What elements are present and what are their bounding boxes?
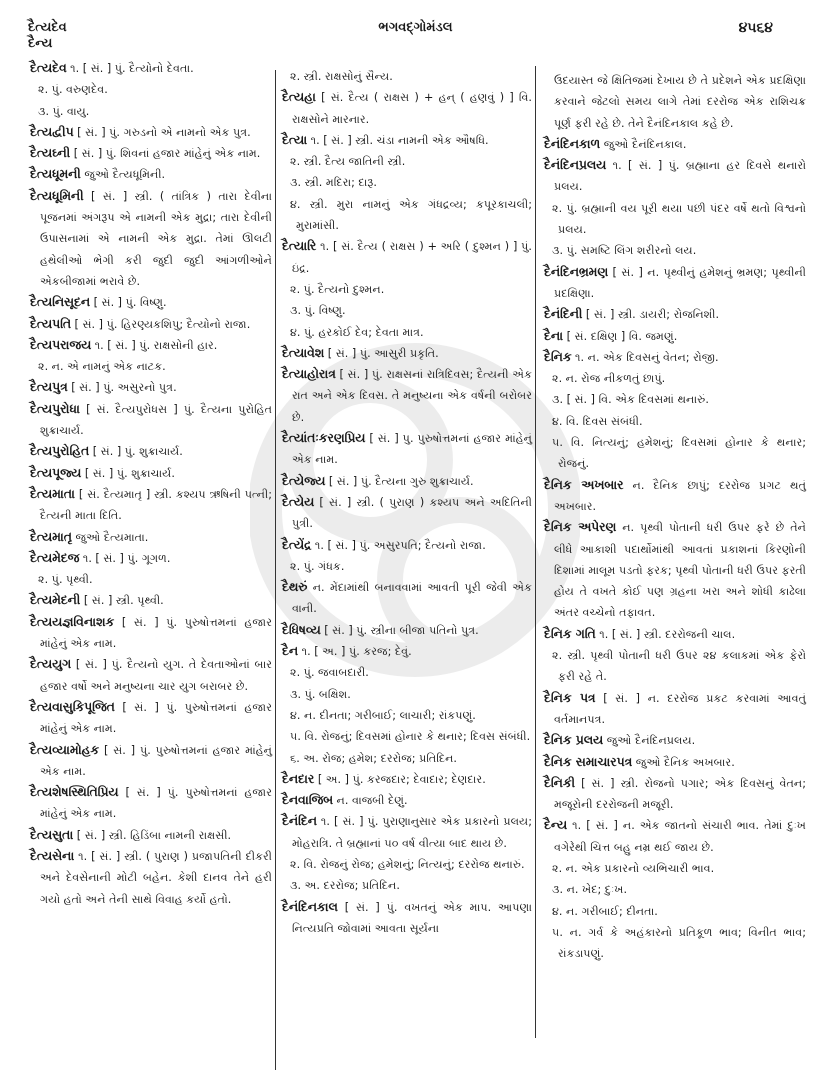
entry-sense: ૪. ન. દીનતા; ગરીબાઈ; લાચારી; રાંકપણું.: [282, 705, 532, 726]
entry-sense: ૩. પું. બક્ષિશ.: [282, 684, 532, 705]
dictionary-entry: દૈત્યવ્યામોહક [ સં. ] પું. પુરુષોત્તમનાં…: [30, 740, 272, 783]
dictionary-entry: દૈત્યહા [ સં. દૈત્ય ( રાક્ષસ ) + હન્ ( હ…: [282, 87, 532, 130]
dictionary-entry: દૈધિષવ્ય [ સં. ] પું. સ્ત્રીના બીજા પતિન…: [282, 620, 532, 641]
column-divider: [275, 70, 276, 1070]
definition-text: જુઓ દૈત્યમાતા.: [72, 531, 148, 544]
entry-sense: ૪. સ્ત્રી. મુરા નામનું એક ગંધદ્રવ્ય; કપૂ…: [282, 194, 532, 237]
definition-text: ૨. ન. એ નામનું એક નાટક.: [38, 360, 166, 373]
definition-text: જુઓ દૈનંદિનકાલ.: [600, 138, 686, 151]
headword: દૈનંદિન: [282, 814, 317, 828]
dictionary-entry: દૈત્યનિસૂદન [ સં. ] પું. વિષ્ણુ.: [30, 292, 272, 313]
headword: દૈત્યહા: [282, 90, 316, 104]
headword: દૈત્યયજ્ઞવિનાશક: [30, 615, 114, 629]
entry-sense: ૨. પું. ગંધક.: [282, 556, 532, 577]
headword: દૈત્યપરાજય: [30, 338, 91, 352]
headword: દૈના: [544, 329, 563, 343]
definition-text: [ સં. ] પું. હિરણ્યકશિપુ; દૈત્યોનો રાજા.: [71, 318, 250, 331]
headword: દૈનંદિનપ્રલય: [544, 158, 606, 172]
dictionary-entry: દૈનંદિન ૧. [ સં. ] પું. પુરાણાનુસાર એક પ…: [282, 811, 532, 854]
definition-text: [ સં. ] પું. શુક્રાચાર્ય.: [81, 467, 175, 480]
definition-text: ૨. ન. એક પ્રકારનો વ્યભિચારી ભાવ.: [552, 862, 714, 875]
definition-text: ૨. પું. જવાબદારી.: [290, 666, 369, 679]
dictionary-entry: દૈનંદિનભ્રમણ [ સં. ] ન. પૃથ્વીનું હમેશનુ…: [544, 262, 806, 305]
headword: દૈનદાર: [282, 772, 314, 786]
definition-text: ૪. સ્ત્રી. મુરા નામનું એક ગંધદ્રવ્ય; કપૂ…: [290, 198, 532, 232]
entry-sense: ૬. અ. રોજ; હમેશ; દરરોજ; પ્રતિદિન.: [282, 748, 532, 769]
dictionary-entry: દૈનિક અપેરણ ન. પૃથ્વી પોતાની ધરી ઉપર ફરે…: [544, 517, 806, 623]
dictionary-entry: દૈનવાજિબ ન. વાજબી દેણું.: [282, 790, 532, 811]
dictionary-entry: દૈનંદિનકાળ જુઓ દૈનંદિનકાલ.: [544, 134, 806, 155]
entry-sense: ૨. વિ. રોજનું રોજ; હમેશનું; નિત્યનું; દર…: [282, 854, 532, 875]
definition-text: ૨. સ્ત્રી. પૃથ્વી પોતાની ધરી ઉપર ૨૪ કલાક…: [552, 649, 806, 683]
entry-sense: ૨. પું. જવાબદારી.: [282, 662, 532, 683]
dictionary-column-2: ૨. સ્ત્રી. રાક્ષસોનું સૈન્ય.દૈત્યહા [ સં…: [282, 66, 532, 939]
definition-text: ૨. ન. રોજ નીકળતું છાપું.: [552, 372, 665, 385]
headword: દૈત્યદેવ: [30, 61, 67, 75]
definition-text: [ સં. ] સ્ત્રી. પૃથ્વી.: [80, 594, 163, 607]
dictionary-entry: દૈત્યા ૧. [ સં. ] સ્ત્રી. ચંડા નામની એક …: [282, 130, 532, 151]
headword: દૈત્યયુગ: [30, 657, 71, 671]
headword: દૈત્યપુરોહિત: [30, 444, 89, 458]
headword: દૈનિક ગતિ: [544, 627, 596, 641]
dictionary-entry: દૈનિકી [ સં. ] સ્ત્રી. રોજનો પગાર; એક દિ…: [544, 773, 806, 816]
dictionary-entry: દૈનિક અખબાર ન. દૈનિક છાપું; દરરોજ પ્રગટ …: [544, 475, 806, 518]
definition-text: ૨. પું. બ્રહ્માની વય પૂરી થયા પછી પંદર વ…: [552, 202, 806, 236]
definition-text: [ સં. દક્ષિણ ] વિ. જમણું.: [563, 330, 677, 343]
headword: દૈનવાજિબ: [282, 793, 333, 807]
dictionary-entry: દૈનંદિનપ્રલય ૧. [ સં. ] પું. બ્રહ્માના હ…: [544, 155, 806, 198]
headword: દૈત્યેંદ્ર: [282, 538, 311, 552]
definition-text: ૧. [ સં. ] પું. અસુરપતિ; દૈત્યનો રાજા.: [311, 539, 485, 552]
definition-text: ૧. [ સં. ] પું. પુરાણાનુસાર એક પ્રકારનો …: [292, 815, 532, 849]
definition-text: ૧. [ સં. ] પું. ગૂગળ.: [79, 552, 170, 565]
definition-text: ૪. ન. દીનતા; ગરીબાઈ; લાચારી; રાંકપણું.: [290, 709, 476, 722]
dictionary-entry: દૈત્યસેના ૧. [ સં. ] સ્ત્રી. ( પુરાણ ) પ…: [30, 846, 272, 910]
dictionary-entry: દૈત્યપૂજ્ય [ સં. ] પું. શુક્રાચાર્ય.: [30, 463, 272, 484]
dictionary-entry: દૈત્યઘ્ની [ સં. ] પું. શિવનાં હજાર માંહે…: [30, 143, 272, 164]
dictionary-entry: દૈત્યાવેશ [ સં. ] પું. આસુરી પ્રકૃતિ.: [282, 343, 532, 364]
headword: દૈત્યમાતૃ: [30, 530, 72, 544]
dictionary-entry: દૈત્યાહોરાત્ર [ સં. ] પું. રાક્ષસનાં રાત…: [282, 364, 532, 428]
dictionary-entry: દૈત્યપુરોધા [ સં. દૈત્યપુરોધસ ] પું. દૈત…: [30, 399, 272, 442]
definition-text: જુઓ દૈનિક અખબાર.: [632, 756, 735, 769]
definition-text: ૧. [ સં. ] ન. એક જાતનો સંચારી ભાવ. તેમાં…: [554, 819, 806, 853]
dictionary-entry: દૈત્યેજ્ય [ સં. ] પું. દૈત્યના ગુરુ શુક્…: [282, 471, 532, 492]
column-divider: [535, 66, 536, 1038]
entry-sense: ૨. ન. એક પ્રકારનો વ્યભિચારી ભાવ.: [544, 858, 806, 879]
dictionary-entry: દૈત્યધૂમિની [ સં. ] સ્ત્રી. ( તાંત્રિક )…: [30, 186, 272, 292]
definition-text: ન. વાજબી દેણું.: [333, 794, 408, 807]
book-title: ભગવદ્ગોમંડલ: [28, 20, 803, 35]
dictionary-entry: દૈન ૧. [ અ. ] પું. કરજ; દેવું.: [282, 641, 532, 662]
headword: દૈનિકી: [544, 776, 575, 790]
entry-sense: ૨. પું. પૃથ્વી.: [30, 569, 272, 590]
dictionary-entry: દૈનિક ૧. ન. એક દિવસનું વેતન; રોજી.: [544, 347, 806, 368]
definition-text: ૫. ન. ગર્વ કે અહંકારનો પ્રતિકૂળ ભાવ; વિન…: [552, 926, 806, 960]
entry-sense: ૩. પું. વાયુ.: [30, 101, 272, 122]
headword: દૈત્યમાતા: [30, 487, 75, 501]
headword: દૈત્યાંતઃકરણપ્રિય: [282, 431, 365, 445]
headword: દૈન્ય: [544, 818, 567, 832]
definition-text: [ સં. ] સ્ત્રી. ( તાંત્રિક ) તારા દેવીના…: [40, 190, 272, 288]
headword: દૈનંદિનભ્રમણ: [544, 265, 608, 279]
definition-text: ૧. [ સં. ] પું. દૈત્યોનો દેવતા.: [67, 62, 194, 75]
dictionary-entry: દૈત્યપુરોહિત [ સં. ] પું. શુક્રાચાર્ય.: [30, 441, 272, 462]
definition-text: ૩. [ સં. ] વિ. એક દિવસમાં થનારું.: [552, 393, 709, 406]
definition-text: ૧. [ સં. ] સ્ત્રી. દરરોજની ચાલ.: [596, 628, 736, 641]
definition-text: ૧. [ સં. ] સ્ત્રી. ચંડા નામની એક ઔષધિ.: [307, 134, 489, 147]
definition-text: [ સં. ] સ્ત્રી. રોજનો પગાર; એક દિવસનું વ…: [554, 777, 806, 811]
headword: દૈત્યઘ્ની: [30, 146, 70, 160]
definition-text: [ સં. ] પું. દૈત્યનો યુગ. તે દેવતાઓનાં બ…: [40, 658, 272, 692]
entry-sense: ૨. ન. રોજ નીકળતું છાપું.: [544, 368, 806, 389]
definition-text: ૧. ન. એક દિવસનું વેતન; રોજી.: [572, 351, 719, 364]
dictionary-entry: દૈનિક પ્રલય જુઓ દૈનંદિનપ્રલય.: [544, 730, 806, 751]
entry-sense: ૫. વિ. રોજનું; દિવસમાં હોનાર કે થનાર; દિ…: [282, 726, 532, 747]
headword: દૈત્યપૂજ્ય: [30, 466, 81, 480]
page-header: દૈત્યદેવ દૈન્ય ભગવદ્ગોમંડલ ૪૫૬૪: [28, 20, 803, 54]
definition-text: [ સં. ] પું. શુક્રાચાર્ય.: [89, 445, 183, 458]
guide-word-last: દૈન્ય: [28, 36, 67, 52]
headword: દૈત્યમેદની: [30, 593, 80, 607]
dictionary-entry: દૈત્યમેદજ ૧. [ સં. ] પું. ગૂગળ.: [30, 548, 272, 569]
definition-text: ૨. વિ. રોજનું રોજ; હમેશનું; નિત્યનું; દર…: [290, 858, 525, 871]
dictionary-entry: દૈત્યપતિ [ સં. ] પું. હિરણ્યકશિપુ; દૈત્ય…: [30, 314, 272, 335]
definition-text: ૩. પું. સમષ્ટિ લિંગ શરીરનો લય.: [552, 244, 696, 257]
definition-text: જુઓ દૈનંદિનપ્રલય.: [603, 734, 695, 747]
entry-sense: ૨. પું. બ્રહ્માની વય પૂરી થયા પછી પંદર વ…: [544, 198, 806, 241]
dictionary-entry: દૈન્ય ૧. [ સં. ] ન. એક જાતનો સંચારી ભાવ.…: [544, 815, 806, 858]
headword: દૈત્યાવેશ: [282, 346, 324, 360]
definition-text: [ સં. ] પું. શિવનાં હજાર માંહેનું એક નામ…: [70, 147, 260, 160]
dictionary-entry: દૈનદાર [ અ. ] પું. કરજદાર; દેવાદાર; દેણદ…: [282, 769, 532, 790]
headword: દૈત્યપુરોધા: [30, 402, 80, 416]
definition-text: ૨. પું. વરુણદેવ.: [38, 83, 108, 96]
definition-text: ૧. [ સં. ] સ્ત્રી. ( પુરાણ ) પ્રજાપતિની …: [40, 850, 272, 906]
entry-sense: ૩. અ. દરરોજ; પ્રતિદિન.: [282, 875, 532, 896]
entry-sense: ૩. પું. વિષ્ણુ.: [282, 300, 532, 321]
definition-text: ૨. પું. દૈત્યનો દુશ્મન.: [290, 283, 384, 296]
headword: દૈત્યશેષસ્થિતિપ્રિય: [30, 785, 119, 799]
definition-text: ૫. વિ. નિત્યનું; હમેશનું; દિવસમાં હોનાર …: [552, 436, 806, 470]
headword: દૈત્યધૂમિની: [30, 189, 84, 203]
headword: દૈત્યવ્યામોહક: [30, 743, 99, 757]
entry-sense: ૨. પું. વરુણદેવ.: [30, 79, 272, 100]
definition-text: ઉદયાસ્ત જે ક્ષિતિજમાં દેખાય છે તે પ્રદેશ…: [554, 74, 806, 130]
entry-sense: ૪. ન. ગરીબાઈ; દીનતા.: [544, 901, 806, 922]
dictionary-column-1: દૈત્યદેવ ૧. [ સં. ] પું. દૈત્યોનો દેવતા.…: [30, 58, 272, 910]
headword: દૈધિષવ્ય: [282, 623, 321, 637]
headword: દૈન: [282, 644, 298, 658]
dictionary-entry: દૈનિક પત્ર [ સં. ] ન. દરરોજ પ્રકટ કરવામા…: [544, 688, 806, 731]
entry-sense: ૩. સ્ત્રી. મદિરા; દારૂ.: [282, 172, 532, 193]
headword: દૈત્યા: [282, 133, 307, 147]
headword: દૈનિક અપેરણ: [544, 520, 616, 534]
definition-text: ન. મેંદામાંથી બનાવવામાં આવતી પૂરી જેવી એ…: [292, 581, 532, 615]
entry-sense: ઉદયાસ્ત જે ક્ષિતિજમાં દેખાય છે તે પ્રદેશ…: [544, 70, 806, 134]
definition-text: [ સં. ] પું. અસુરનો પુત્ર.: [68, 381, 177, 394]
headword: દૈનંદિનકાળ: [544, 137, 600, 151]
definition-text: ૪. ન. ગરીબાઈ; દીનતા.: [552, 905, 658, 918]
definition-text: ૨. સ્ત્રી. દૈત્ય જાતિની સ્ત્રી.: [290, 155, 405, 168]
dictionary-entry: દૈત્યારિ ૧. [ સં. દૈત્ય ( રાક્ષસ ) + અરિ…: [282, 236, 532, 279]
headword: દૈત્યસેના: [30, 849, 74, 863]
dictionary-entry: દૈના [ સં. દક્ષિણ ] વિ. જમણું.: [544, 326, 806, 347]
definition-text: ૩. અ. દરરોજ; પ્રતિદિન.: [290, 879, 400, 892]
headword: દૈત્યપતિ: [30, 317, 71, 331]
dictionary-entry: દૈનંદિનકાલ [ સં. ] પું. વખતનું એક માપ. આ…: [282, 897, 532, 940]
headword: દૈત્યારિ: [282, 239, 316, 253]
dictionary-entry: દૈનંદિની [ સં. ] સ્ત્રી. ડાયરી; રોજનિશી.: [544, 304, 806, 325]
headword: દૈનંદિની: [544, 307, 582, 321]
definition-text: ૩. પું. બક્ષિશ.: [290, 688, 351, 701]
entry-sense: ૪. પું. હરકોઈ દેવ; દેવતા માત્ર.: [282, 322, 532, 343]
headword: દૈત્યસુતા: [30, 828, 73, 842]
definition-text: ૪. પું. હરકોઈ દેવ; દેવતા માત્ર.: [290, 326, 424, 339]
definition-text: [ સં. દૈત્ય ( રાક્ષસ ) + હન્ ( હણવું ) ]…: [292, 91, 532, 125]
entry-sense: ૨. ન. એ નામનું એક નાટક.: [30, 356, 272, 377]
dictionary-entry: દૈથરું ન. મેંદામાંથી બનાવવામાં આવતી પૂરી…: [282, 577, 532, 620]
dictionary-entry: દૈત્યસુતા [ સં. ] સ્ત્રી. હિડિંબા નામની …: [30, 825, 272, 846]
entry-sense: ૪. વિ. દિવસ સંબંધી.: [544, 411, 806, 432]
definition-text: ૩. પું. વિષ્ણુ.: [290, 304, 346, 317]
definition-text: [ સં. ] સ્ત્રી. ડાયરી; રોજનિશી.: [582, 308, 719, 321]
headword: દૈત્યમેદજ: [30, 551, 79, 565]
definition-text: ૫. વિ. રોજનું; દિવસમાં હોનાર કે થનાર; દિ…: [290, 730, 530, 743]
headword: દૈત્યપુત્ર: [30, 380, 68, 394]
headword: દૈત્યદ્વીપ: [30, 125, 74, 139]
definition-text: જુઓ દૈત્યધૂમિની.: [81, 168, 165, 181]
entry-sense: ૩. પું. સમષ્ટિ લિંગ શરીરનો લય.: [544, 240, 806, 261]
definition-text: ૨. સ્ત્રી. રાક્ષસોનું સૈન્ય.: [290, 70, 393, 83]
definition-text: ૨. પું. પૃથ્વી.: [38, 573, 93, 586]
headword: દૈત્યાહોરાત્ર: [282, 367, 336, 381]
definition-text: ૨. પું. ગંધક.: [290, 560, 344, 573]
dictionary-entry: દૈત્યેય [ સં. ] સ્ત્રી. ( પુરાણ ) કશ્યપ …: [282, 492, 532, 535]
dictionary-entry: દૈનિક સમાચારપત્ર જુઓ દૈનિક અખબાર.: [544, 752, 806, 773]
definition-text: ૪. વિ. દિવસ સંબંધી.: [552, 415, 643, 428]
definition-text: ન. પૃથ્વી પોતાની ધરી ઉપર ફરે છે તેને લીધ…: [554, 521, 806, 619]
dictionary-entry: દૈત્યમેદની [ સં. ] સ્ત્રી. પૃથ્વી.: [30, 590, 272, 611]
headword: દૈનિક સમાચારપત્ર: [544, 755, 632, 769]
definition-text: ૩. ન. ખેદ; દુઃખ.: [552, 883, 627, 896]
dictionary-entry: દૈત્યદ્વીપ [ સં. ] પું. ગરુડનો એ નામનો એ…: [30, 122, 272, 143]
headword: દૈત્યેજ્ય: [282, 474, 325, 488]
dictionary-entry: દૈત્યવાસુકિપૂજિત [ સં. ] પું. પુરુષોત્તમ…: [30, 697, 272, 740]
dictionary-entry: દૈત્યપરાજય ૧. [ સં. ] પું. રાક્ષસોની હાર…: [30, 335, 272, 356]
definition-text: [ સં. ] પું. વિષ્ણુ.: [90, 296, 167, 309]
entry-sense: ૩. ન. ખેદ; દુઃખ.: [544, 879, 806, 900]
definition-text: [ સં. ] પું. આસુરી પ્રકૃતિ.: [324, 347, 438, 360]
definition-text: [ અ. ] પું. કરજદાર; દેવાદાર; દેણદાર.: [314, 773, 485, 786]
entry-sense: ૨. પું. દૈત્યનો દુશ્મન.: [282, 279, 532, 300]
definition-text: ૧. [ સં. દૈત્ય ( રાક્ષસ ) + અરિ ( દુશ્મન…: [292, 240, 532, 274]
dictionary-entry: દૈત્યમાતા [ સં. દૈત્યમાતૃ ] સ્ત્રી. કશ્ય…: [30, 484, 272, 527]
dictionary-column-3: ઉદયાસ્ત જે ક્ષિતિજમાં દેખાય છે તે પ્રદેશ…: [544, 70, 806, 964]
headword: દૈનંદિનકાલ: [282, 900, 338, 914]
headword: દૈત્યધૂમની: [30, 167, 81, 181]
definition-text: [ સં. ] સ્ત્રી. હિડિંબા નામની રાક્ષસી.: [73, 829, 231, 842]
entry-sense: ૫. વિ. નિત્યનું; હમેશનું; દિવસમાં હોનાર …: [544, 432, 806, 475]
definition-text: [ સં. ] પું. સ્ત્રીના બીજા પતિનો પુત્ર.: [321, 624, 479, 637]
headword: દૈત્યનિસૂદન: [30, 295, 90, 309]
headword: દૈથરું: [282, 580, 307, 594]
entry-sense: ૨. સ્ત્રી. પૃથ્વી પોતાની ધરી ઉપર ૨૪ કલાક…: [544, 645, 806, 688]
entry-sense: ૨. સ્ત્રી. દૈત્ય જાતિની સ્ત્રી.: [282, 151, 532, 172]
dictionary-entry: દૈત્યયજ્ઞવિનાશક [ સં. ] પું. પુરુષોત્તમન…: [30, 612, 272, 655]
dictionary-entry: દૈત્યેંદ્ર ૧. [ સં. ] પું. અસુરપતિ; દૈત્…: [282, 535, 532, 556]
definition-text: ૧. [ સં. ] પું. રાક્ષસોની હાર.: [91, 339, 217, 352]
definition-text: [ સં. ] સ્ત્રી. ( પુરાણ ) કશ્યપ અને અદિત…: [292, 496, 532, 530]
entry-sense: ૫. ન. ગર્વ કે અહંકારનો પ્રતિકૂળ ભાવ; વિન…: [544, 922, 806, 965]
headword: દૈનિક અખબાર: [544, 478, 624, 492]
definition-text: [ સં. ] પું. ગરુડનો એ નામનો એક પુત્ર.: [74, 126, 251, 139]
headword: દૈત્યેય: [282, 495, 314, 509]
definition-text: ૬. અ. રોજ; હમેશ; દરરોજ; પ્રતિદિન.: [290, 752, 457, 765]
dictionary-entry: દૈનિક ગતિ ૧. [ સં. ] સ્ત્રી. દરરોજની ચાલ…: [544, 624, 806, 645]
dictionary-entry: દૈત્યમાતૃ જુઓ દૈત્યમાતા.: [30, 527, 272, 548]
dictionary-entry: દૈત્યધૂમની જુઓ દૈત્યધૂમિની.: [30, 164, 272, 185]
definition-text: [ સં. દૈત્યમાતૃ ] સ્ત્રી. કશ્યપ ઋષિની પત…: [40, 488, 272, 522]
headword: દૈનિક: [544, 350, 572, 364]
entry-sense: ૩. [ સં. ] વિ. એક દિવસમાં થનારું.: [544, 389, 806, 410]
headword: દૈત્યવાસુકિપૂજિત: [30, 700, 115, 714]
definition-text: [ સં. ] પું. દૈત્યના ગુરુ શુક્રાચાર્ય.: [325, 475, 473, 488]
entry-sense: ૨. સ્ત્રી. રાક્ષસોનું સૈન્ય.: [282, 66, 532, 87]
definition-text: ૩. સ્ત્રી. મદિરા; દારૂ.: [290, 176, 377, 189]
definition-text: ૧. [ અ. ] પું. કરજ; દેવું.: [298, 645, 412, 658]
headword: દૈનિક પ્રલય: [544, 733, 603, 747]
headword: દૈનિક પત્ર: [544, 691, 595, 705]
dictionary-entry: દૈત્યયુગ [ સં. ] પું. દૈત્યનો યુગ. તે દે…: [30, 654, 272, 697]
dictionary-entry: દૈત્યપુત્ર [ સં. ] પું. અસુરનો પુત્ર.: [30, 377, 272, 398]
dictionary-entry: દૈત્યાંતઃકરણપ્રિય [ સં. ] પુ. પુરુષોત્તમ…: [282, 428, 532, 471]
page-number: ૪૫૬૪: [739, 20, 773, 36]
definition-text: ૩. પું. વાયુ.: [38, 105, 89, 118]
dictionary-entry: દૈત્યદેવ ૧. [ સં. ] પું. દૈત્યોનો દેવતા.: [30, 58, 272, 79]
dictionary-entry: દૈત્યશેષસ્થિતિપ્રિય [ સં. ] પું. પુરુષોત…: [30, 782, 272, 825]
